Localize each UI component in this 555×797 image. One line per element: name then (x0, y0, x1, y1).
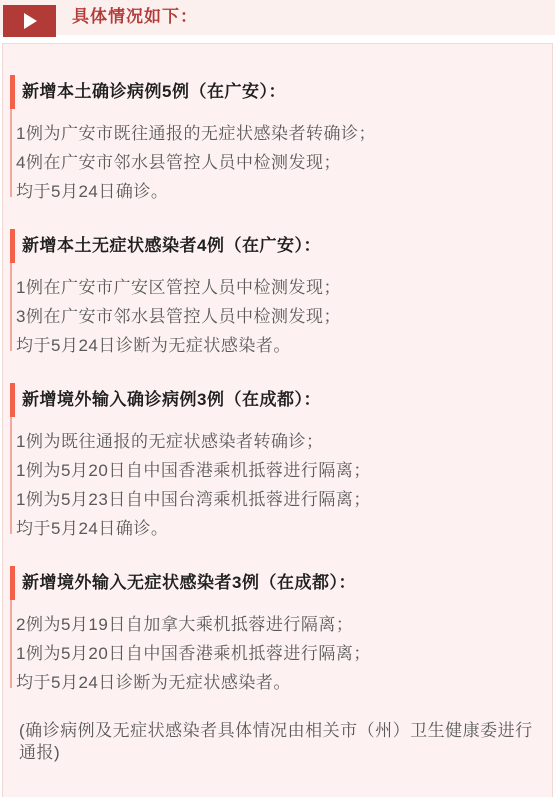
case-line: 4例在广安市邻水县管控人员中检测发现； (16, 154, 538, 172)
case-line: 均于5月24日诊断为无症状感染者。 (16, 337, 538, 355)
case-section-local-asymptomatic: 新增本土无症状感染者4例（在广安）： 1例在广安市广安区管控人员中检测发现； 3… (16, 229, 538, 355)
case-line: 1例为既往通报的无症状感染者转确诊； (16, 433, 538, 451)
section-heading: 新增本土无症状感染者4例（在广安）： (22, 229, 538, 263)
play-icon-box (3, 5, 56, 37)
case-line: 1例为5月20日自中国香港乘机抵蓉进行隔离； (16, 645, 538, 663)
footer-note: (确诊病例及无症状感染者具体情况由相关市（州）卫生健康委进行通报) (16, 720, 538, 764)
heading-accent-bar (10, 566, 15, 600)
section-heading: 新增本土确诊病例5例（在广安）： (22, 75, 538, 109)
case-line: 均于5月24日确诊。 (16, 520, 538, 538)
section-header-banner: 具体情况如下： (0, 0, 555, 35)
case-line: 3例在广安市邻水县管控人员中检测发现； (16, 308, 538, 326)
case-line: 1例为广安市既往通报的无症状感染者转确诊； (16, 125, 538, 143)
heading-accent-bar (10, 383, 15, 417)
case-section-imported-asymptomatic: 新增境外输入无症状感染者3例（在成都）： 2例为5月19日自加拿大乘机抵蓉进行隔… (16, 566, 538, 692)
case-line: 1例在广安市广安区管控人员中检测发现； (16, 279, 538, 297)
case-line: 均于5月24日诊断为无症状感染者。 (16, 674, 538, 692)
case-line: 1例为5月23日自中国台湾乘机抵蓉进行隔离； (16, 491, 538, 509)
case-section-local-confirmed: 新增本土确诊病例5例（在广安）： 1例为广安市既往通报的无症状感染者转确诊； 4… (16, 75, 538, 201)
play-triangle-icon (24, 13, 37, 29)
case-section-imported-confirmed: 新增境外输入确诊病例3例（在成都）： 1例为既往通报的无症状感染者转确诊； 1例… (16, 383, 538, 538)
heading-accent-bar (10, 75, 15, 109)
case-line: 均于5月24日确诊。 (16, 183, 538, 201)
case-line: 2例为5月19日自加拿大乘机抵蓉进行隔离； (16, 616, 538, 634)
section-heading: 新增境外输入确诊病例3例（在成都）： (22, 383, 538, 417)
case-line: 1例为5月20日自中国香港乘机抵蓉进行隔离； (16, 462, 538, 480)
article-page: 具体情况如下： 新增本土确诊病例5例（在广安）： 1例为广安市既往通报的无症状感… (0, 0, 555, 797)
content-card: 新增本土确诊病例5例（在广安）： 1例为广安市既往通报的无症状感染者转确诊； 4… (2, 43, 553, 797)
section-heading: 新增境外输入无症状感染者3例（在成都）： (22, 566, 538, 600)
banner-title: 具体情况如下： (72, 7, 198, 27)
heading-accent-bar (10, 229, 15, 263)
